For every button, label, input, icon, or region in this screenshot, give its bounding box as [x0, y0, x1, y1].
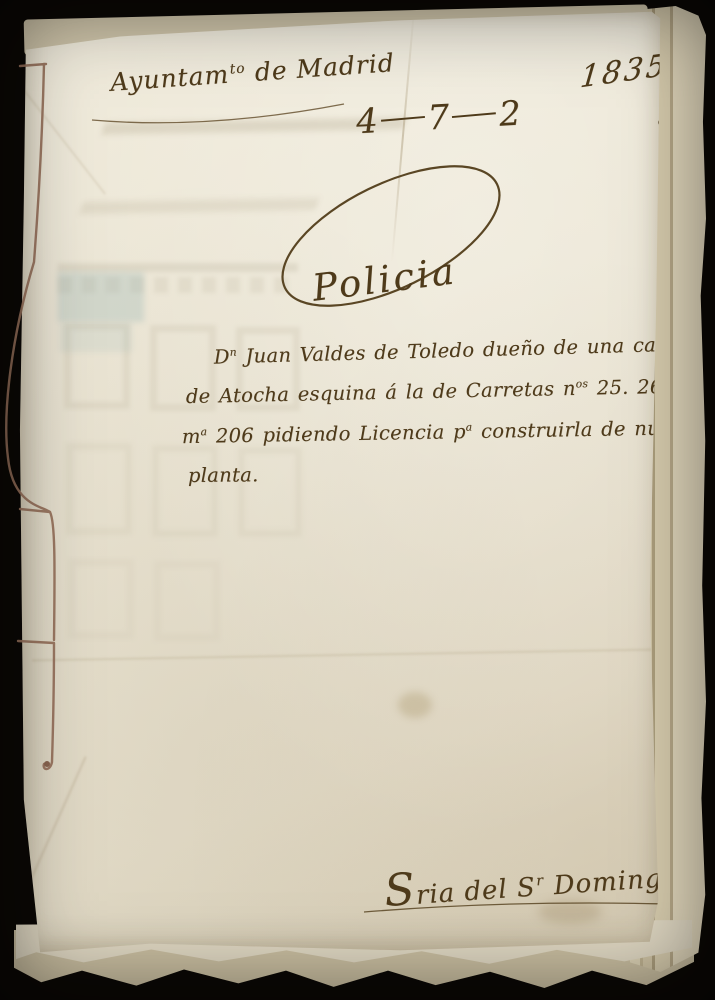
file-number-digit: 7 [427, 97, 451, 138]
year-label: 1835 [579, 47, 670, 95]
paper-stain [398, 692, 432, 718]
archive-scan: Ayuntamto de Madrid 1835 472 Policia Dn … [0, 0, 715, 1000]
document-page: Ayuntamto de Madrid 1835 472 Policia Dn … [18, 8, 668, 956]
file-number-digit: 4 [355, 101, 379, 142]
file-number-dash [452, 112, 496, 118]
thread-knot [44, 761, 50, 767]
manuscript-line: planta. [188, 458, 715, 505]
file-number-dash [381, 116, 425, 122]
file-number-digit: 2 [498, 94, 522, 135]
bleedthrough-window [154, 561, 220, 641]
manuscript-body: Dn Juan Valdes de Toledo dueño de una ca… [180, 338, 715, 502]
archive-office-label: Ayuntamto de Madrid [109, 48, 395, 97]
title-flourish-oval [256, 160, 526, 330]
binding-thread [0, 0, 100, 1000]
paper-crease [32, 649, 652, 662]
office-underline-flourish [88, 100, 350, 132]
file-number: 472 [355, 94, 522, 143]
